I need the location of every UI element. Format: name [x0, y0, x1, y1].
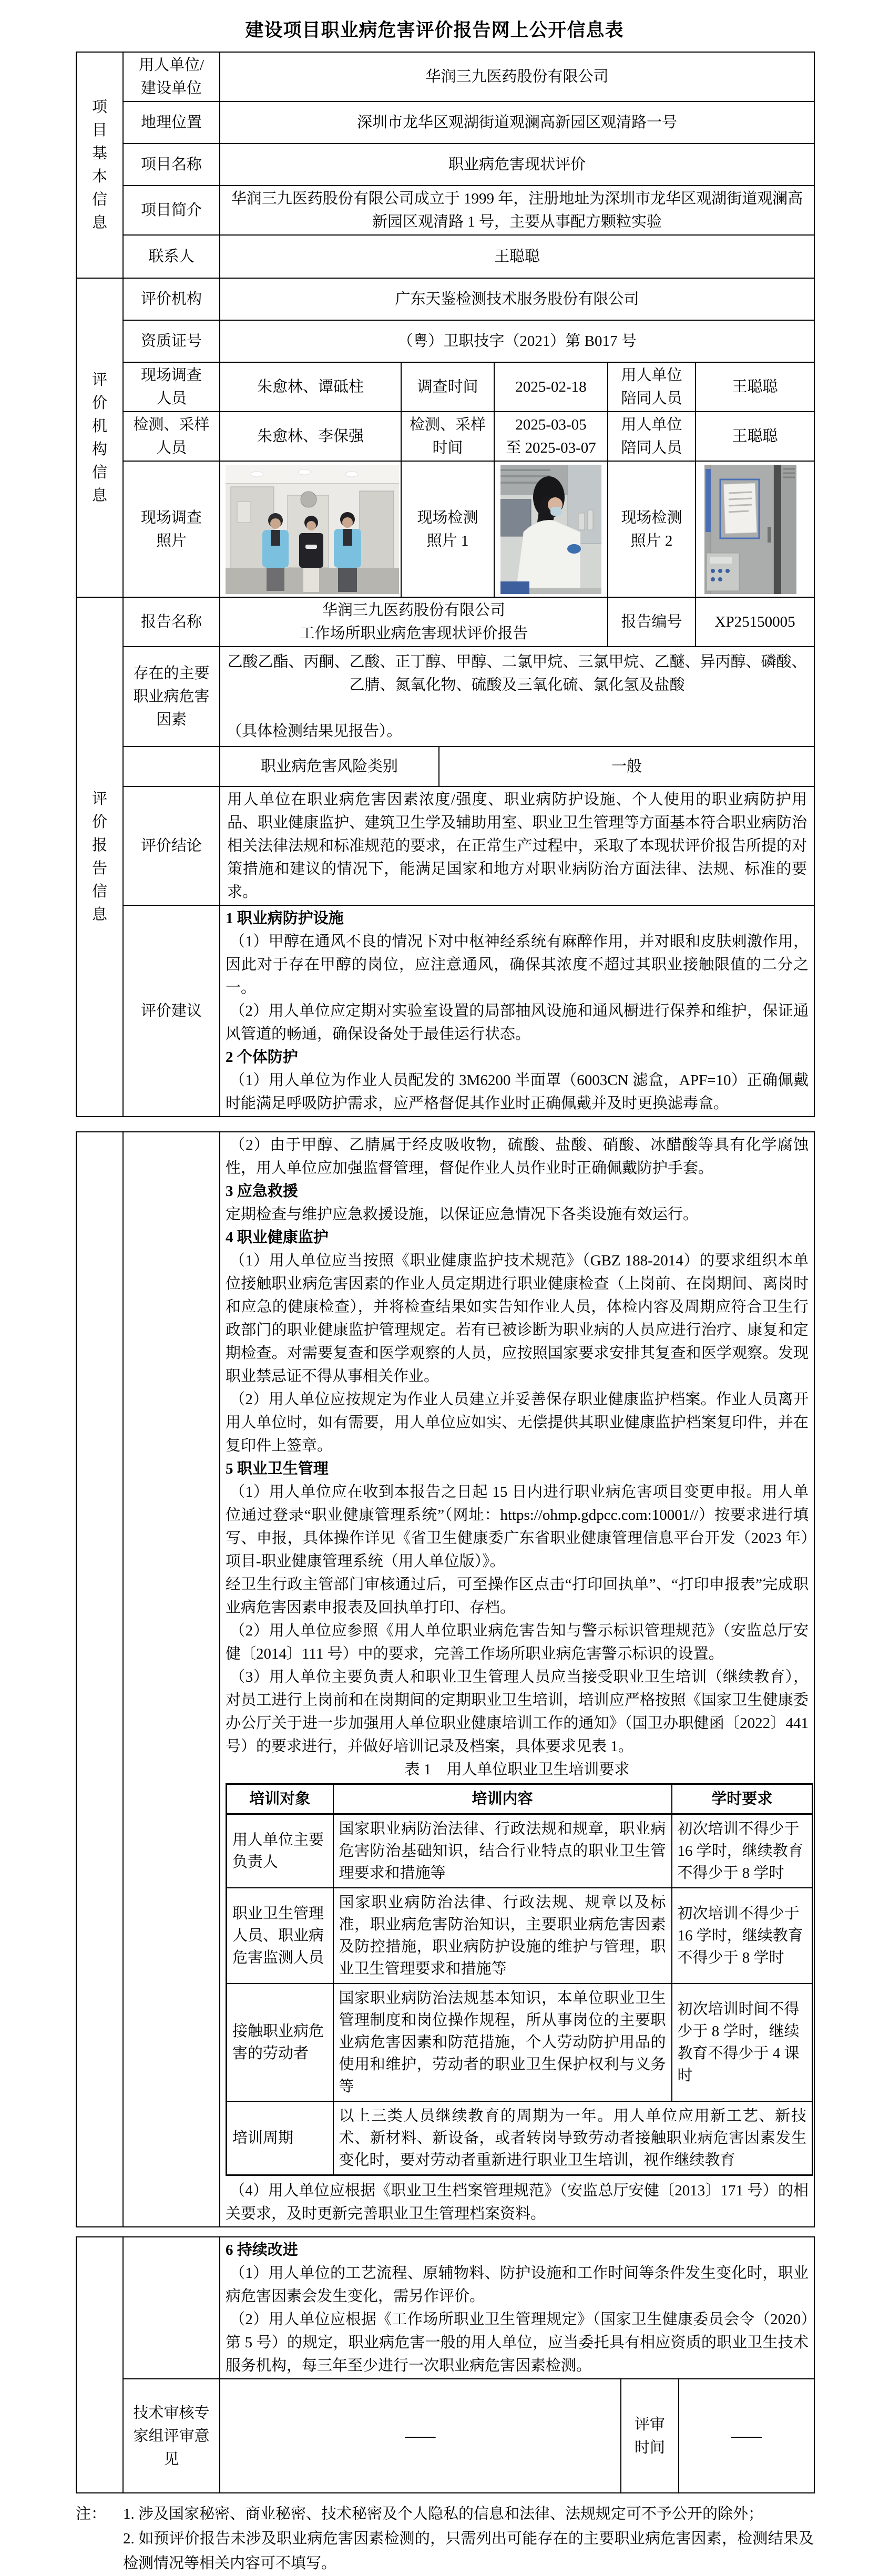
- label-column-spacer: [123, 2237, 220, 2379]
- page-title: 建设项目职业病危害评价报告网上公开信息表: [0, 0, 869, 52]
- contact-label: 联系人: [123, 235, 220, 278]
- advice-paragraph: （1）用人单位的工艺流程、原辅物料、防护设施和工作时间等条件发生变化时，职业病危…: [226, 2262, 809, 2308]
- sampling-staff-label: 检测、采样 人员: [123, 412, 220, 461]
- section-label-basic-info: 项 目 基 本 信 息: [76, 52, 123, 278]
- row-sampling-staff: 检测、采样 人员 朱愈林、李保强 检测、采样 时间 2025-03-05 至 2…: [76, 412, 814, 461]
- agency-value: 广东天鉴检测技术服务股份有限公司: [220, 278, 814, 320]
- section-label-agency-info: 评 价 机 构 信 息: [76, 278, 123, 597]
- conclusion-label: 评价结论: [123, 786, 220, 905]
- row-photos: 现场调查 照片: [76, 461, 814, 597]
- section-label-report-info: 评 价 报 告 信 息: [76, 597, 123, 1117]
- label-column-spacer: [123, 1132, 220, 2227]
- testing-photo-2-label: 现场检测 照片 2: [608, 461, 696, 597]
- testing-photo-1-cell: [494, 461, 608, 597]
- conclusion-value: 用人单位在职业病危害因素浓度/强度、职业病防护设施、个人使用的职业病防护用品、职…: [220, 786, 814, 905]
- employer-value: 华润三九医药股份有限公司: [220, 52, 814, 101]
- row-location: 地理位置 深圳市龙华区观湖街道观澜高新园区观清路一号: [76, 101, 814, 144]
- advice-content-page-1: 1 职业病防护设施 （1）甲醇在通风不良的情况下对中枢神经系统有麻醉作用，并对眼…: [220, 905, 814, 1117]
- training-hours: 初次培训时间不得少于 8 学时，继续教育不得少于 4 课时: [672, 1984, 813, 2101]
- survey-accompany-label: 用人单位 陪同人员: [608, 362, 696, 412]
- training-table-caption: 表 1 用人单位职业卫生培训要求: [226, 1758, 809, 1781]
- project-name-label: 项目名称: [123, 144, 220, 186]
- advice-content-page-2: （2）由于甲醇、乙腈属于经皮吸收物，硫酸、盐酸、硝酸、冰醋酸等具有化学腐蚀性，用…: [220, 1132, 814, 2227]
- hazard-factors-value: 乙酸乙酯、丙酮、乙酸、正丁醇、甲醇、二氯甲烷、三氯甲烷、乙醚、异丙醇、磷酸、 乙…: [227, 650, 807, 697]
- advice-heading-6: 6 持续改进: [226, 2238, 809, 2262]
- risk-category-spacer: [123, 747, 220, 786]
- row-hazard-factors: 存在的主要 职业病危害 因素 乙酸乙酯、丙酮、乙酸、正丁醇、甲醇、二氯甲烷、三氯…: [76, 647, 814, 747]
- review-time-value: ——: [679, 2379, 814, 2493]
- advice-paragraph: （2）由于甲醇、乙腈属于经皮吸收物，硫酸、盐酸、硝酸、冰醋酸等具有化学腐蚀性，用…: [226, 1133, 809, 1180]
- training-row-workers: 接触职业病危害的劳动者 国家职业病防治法规基本知识，本单位职业卫生管理制度和岗位…: [227, 1984, 813, 2101]
- testing-photo-1: [500, 465, 602, 594]
- training-target: 职业卫生管理人员、职业病危害监测人员: [227, 1888, 333, 1984]
- main-table-page-1: 项 目 基 本 信 息 用人单位/ 建设单位 华润三九医药股份有限公司 地理位置…: [76, 52, 815, 1117]
- expert-review-label: 技术审核专 家组评审意 见: [123, 2379, 220, 2493]
- advice-paragraph: 经卫生行政主管部门审核通过后，可至操作区点击“打印回执单”、“打印申报表”完成职…: [226, 1573, 809, 1619]
- testing-photo-1-label: 现场检测 照片 1: [401, 461, 494, 597]
- project-summary-value: 华润三九医药股份有限公司成立于 1999 年，注册地址为深圳市龙华区观湖街道观澜…: [220, 186, 814, 235]
- advice-paragraph: （2）用人单位应根据《工作场所职业卫生管理规定》（国家卫生健康委员会令（2020…: [226, 2308, 809, 2377]
- location-label: 地理位置: [123, 101, 220, 144]
- footnote-label: 注：: [76, 2502, 123, 2576]
- sampling-time-label: 检测、采样 时间: [401, 412, 494, 461]
- row-risk-category: 职业病危害风险类别 一般: [76, 747, 814, 786]
- employer-label: 用人单位/ 建设单位: [123, 52, 220, 101]
- row-advice: 评价建议 1 职业病防护设施 （1）甲醇在通风不良的情况下对中枢神经系统有麻醉作…: [76, 905, 814, 1117]
- testing-photo-2: [701, 465, 809, 594]
- training-content: 国家职业病防治法律、行政法规和规章，职业病危害防治基础知识，结合行业特点的职业卫…: [333, 1814, 672, 1888]
- advice-paragraph: 定期检查与维护应急救援设施，以保证应急情况下各类设施有效运行。: [226, 1203, 809, 1226]
- survey-time-value: 2025-02-18: [494, 362, 608, 412]
- row-agency: 评 价 机 构 信 息 评价机构 广东天鉴检测技术服务股份有限公司: [76, 278, 814, 320]
- sampling-staff-value: 朱愈林、李保强: [220, 412, 401, 461]
- training-content: 以上三类人员继续教育的周期为一年。用人单位应用新工艺、新技术、新材料、新设备，或…: [333, 2101, 813, 2175]
- footnote-item-2: 2. 如预评价报告未涉及职业病危害因素检测的，只需列出可能存在的主要职业病危害因…: [123, 2527, 814, 2576]
- advice-paragraph: （2）用人单位应定期对实验室设置的局部抽风设施和通风橱进行保养和维护，保证通风管…: [226, 999, 809, 1046]
- advice-heading-2: 2 个体防护: [226, 1046, 809, 1069]
- row-project-summary: 项目简介 华润三九医药股份有限公司成立于 1999 年，注册地址为深圳市龙华区观…: [76, 186, 814, 235]
- training-requirements-table: 培训对象 培训内容 学时要求 用人单位主要负责人 国家职业病防治法律、行政法规和…: [226, 1783, 813, 2176]
- advice-paragraph: （1）用人单位应当按照《职业健康监护技术规范》（GBZ 188-2014）的要求…: [226, 1249, 809, 1388]
- cert-no-value: （粤）卫职技字（2021）第 B017 号: [220, 320, 814, 362]
- training-target: 用人单位主要负责人: [227, 1814, 333, 1888]
- row-advice-continued: （2）由于甲醇、乙腈属于经皮吸收物，硫酸、盐酸、硝酸、冰醋酸等具有化学腐蚀性，用…: [76, 1132, 814, 2227]
- contact-value: 王聪聪: [220, 235, 814, 278]
- training-table-header-row: 培训对象 培训内容 学时要求: [227, 1784, 813, 1814]
- row-conclusion: 评价结论 用人单位在职业病危害因素浓度/强度、职业病防护设施、个人使用的职业病防…: [76, 786, 814, 905]
- report-name-value: 华润三九医药股份有限公司 工作场所职业病危害现状评价报告: [220, 597, 608, 647]
- training-row-cycle: 培训周期 以上三类人员继续教育的周期为一年。用人单位应用新工艺、新技术、新材料、…: [227, 2101, 813, 2175]
- advice-paragraph: （1）甲醇在通风不良的情况下对中枢神经系统有麻醉作用，并对眼和皮肤刺激作用，因此…: [226, 930, 809, 999]
- advice-content-page-3: 6 持续改进 （1）用人单位的工艺流程、原辅物料、防护设施和工作时间等条件发生变…: [220, 2237, 814, 2379]
- training-target: 培训周期: [227, 2101, 333, 2175]
- training-content: 国家职业病防治法律、行政法规、规章以及标准，职业病危害防治知识，主要职业病危害因…: [333, 1888, 672, 1984]
- survey-time-label: 调查时间: [401, 362, 494, 412]
- section-column-spacer: [76, 2237, 123, 2493]
- expert-review-value: ——: [220, 2379, 621, 2493]
- advice-heading-5: 5 职业卫生管理: [226, 1457, 809, 1480]
- row-continuous-improvement: 6 持续改进 （1）用人单位的工艺流程、原辅物料、防护设施和工作时间等条件发生变…: [76, 2237, 814, 2379]
- training-row-principal: 用人单位主要负责人 国家职业病防治法律、行政法规和规章，职业病危害防治基础知识，…: [227, 1814, 813, 1888]
- training-header-target: 培训对象: [227, 1784, 333, 1814]
- training-header-hours: 学时要求: [672, 1784, 813, 1814]
- report-name-label: 报告名称: [123, 597, 220, 647]
- location-value: 深圳市龙华区观湖街道观澜高新园区观清路一号: [220, 101, 814, 144]
- sampling-accompany-value: 王聪聪: [696, 412, 814, 461]
- project-summary-label: 项目简介: [123, 186, 220, 235]
- advice-heading-1: 1 职业病防护设施: [226, 907, 809, 930]
- advice-paragraph: （2）用人单位应参照《用人单位职业病危害告知与警示标识管理规范》（安监总厅安健〔…: [226, 1619, 809, 1665]
- row-survey-staff: 现场调查 人员 朱愈林、谭砥柱 调查时间 2025-02-18 用人单位 陪同人…: [76, 362, 814, 412]
- section-column-spacer: [76, 1132, 123, 2227]
- training-hours: 初次培训不得少于 16 学时，继续教育不得少于 8 学时: [672, 1888, 813, 1984]
- agency-label: 评价机构: [123, 278, 220, 320]
- advice-heading-3: 3 应急救援: [226, 1180, 809, 1203]
- cert-no-label: 资质证号: [123, 320, 220, 362]
- row-project-name: 项目名称 职业病危害现状评价: [76, 144, 814, 186]
- row-report-name: 评 价 报 告 信 息 报告名称 华润三九医药股份有限公司 工作场所职业病危害现…: [76, 597, 814, 647]
- advice-paragraph: （1）用人单位应在收到本报告之日起 15 日内进行职业病危害项目变更申报。用人单…: [226, 1480, 809, 1573]
- survey-accompany-value: 王聪聪: [696, 362, 814, 412]
- training-hours: 初次培训不得少于 16 学时，继续教育不得少于 8 学时: [672, 1814, 813, 1888]
- row-cert-no: 资质证号 （粤）卫职技字（2021）第 B017 号: [76, 320, 814, 362]
- survey-photo-label: 现场调查 照片: [123, 461, 220, 597]
- report-no-label: 报告编号: [608, 597, 696, 647]
- main-table-page-3: 6 持续改进 （1）用人单位的工艺流程、原辅物料、防护设施和工作时间等条件发生变…: [76, 2236, 815, 2493]
- review-time-label: 评审 时间: [621, 2379, 679, 2493]
- survey-photo: [226, 465, 395, 594]
- advice-paragraph: （1）用人单位为作业人员配发的 3M6200 半面罩（6003CN 滤盒，APF…: [226, 1069, 809, 1115]
- row-contact: 联系人 王聪聪: [76, 235, 814, 278]
- report-no-value: XP25150005: [696, 597, 814, 647]
- footnote-body: 1. 涉及国家秘密、商业秘密、技术秘密及个人隐私的信息和法律、法规规定可不予公开…: [123, 2502, 814, 2576]
- main-table-page-2: （2）由于甲醇、乙腈属于经皮吸收物，硫酸、盐酸、硝酸、冰醋酸等具有化学腐蚀性，用…: [76, 1131, 815, 2227]
- sampling-accompany-label: 用人单位 陪同人员: [608, 412, 696, 461]
- hazard-factors-note: （具体检测结果见报告）。: [227, 720, 807, 743]
- footnote-item-1: 1. 涉及国家秘密、商业秘密、技术秘密及个人隐私的信息和法律、法规规定可不予公开…: [123, 2502, 814, 2527]
- advice-paragraph: （2）用人单位应按规定为作业人员建立并妥善保存职业健康监护档案。作业人员离开用人…: [226, 1388, 809, 1457]
- survey-photo-cell: [220, 461, 401, 597]
- training-content: 国家职业病防治法规基本知识，本单位职业卫生管理制度和岗位操作规程，所从事岗位的主…: [333, 1984, 672, 2101]
- hazard-factors-label: 存在的主要 职业病危害 因素: [123, 647, 220, 747]
- project-name-value: 职业病危害现状评价: [220, 144, 814, 186]
- advice-heading-4: 4 职业健康监护: [226, 1226, 809, 1249]
- advice-paragraph: （3）用人单位主要负责人和职业卫生管理人员应当接受职业卫生培训（继续教育），对员…: [226, 1665, 809, 1758]
- advice-label: 评价建议: [123, 905, 220, 1117]
- advice-paragraph: （4）用人单位应根据《职业卫生档案管理规范》（安监总厅安健〔2013〕171 号…: [226, 2179, 809, 2225]
- training-target: 接触职业病危害的劳动者: [227, 1984, 333, 2101]
- row-employer: 项 目 基 本 信 息 用人单位/ 建设单位 华润三九医药股份有限公司: [76, 52, 814, 101]
- row-expert-review: 技术审核专 家组评审意 见 —— 评审 时间 ——: [76, 2379, 814, 2493]
- sampling-time-value: 2025-03-05 至 2025-03-07: [494, 412, 608, 461]
- risk-category-label: 职业病危害风险类别: [220, 747, 439, 786]
- risk-category-value: 一般: [439, 747, 814, 786]
- footnotes: 注： 1. 涉及国家秘密、商业秘密、技术秘密及个人隐私的信息和法律、法规规定可不…: [76, 2502, 814, 2576]
- survey-staff-value: 朱愈林、谭砥柱: [220, 362, 401, 412]
- survey-staff-label: 现场调查 人员: [123, 362, 220, 412]
- training-row-managers: 职业卫生管理人员、职业病危害监测人员 国家职业病防治法律、行政法规、规章以及标准…: [227, 1888, 813, 1984]
- testing-photo-2-cell: [696, 461, 814, 597]
- training-header-content: 培训内容: [333, 1784, 672, 1814]
